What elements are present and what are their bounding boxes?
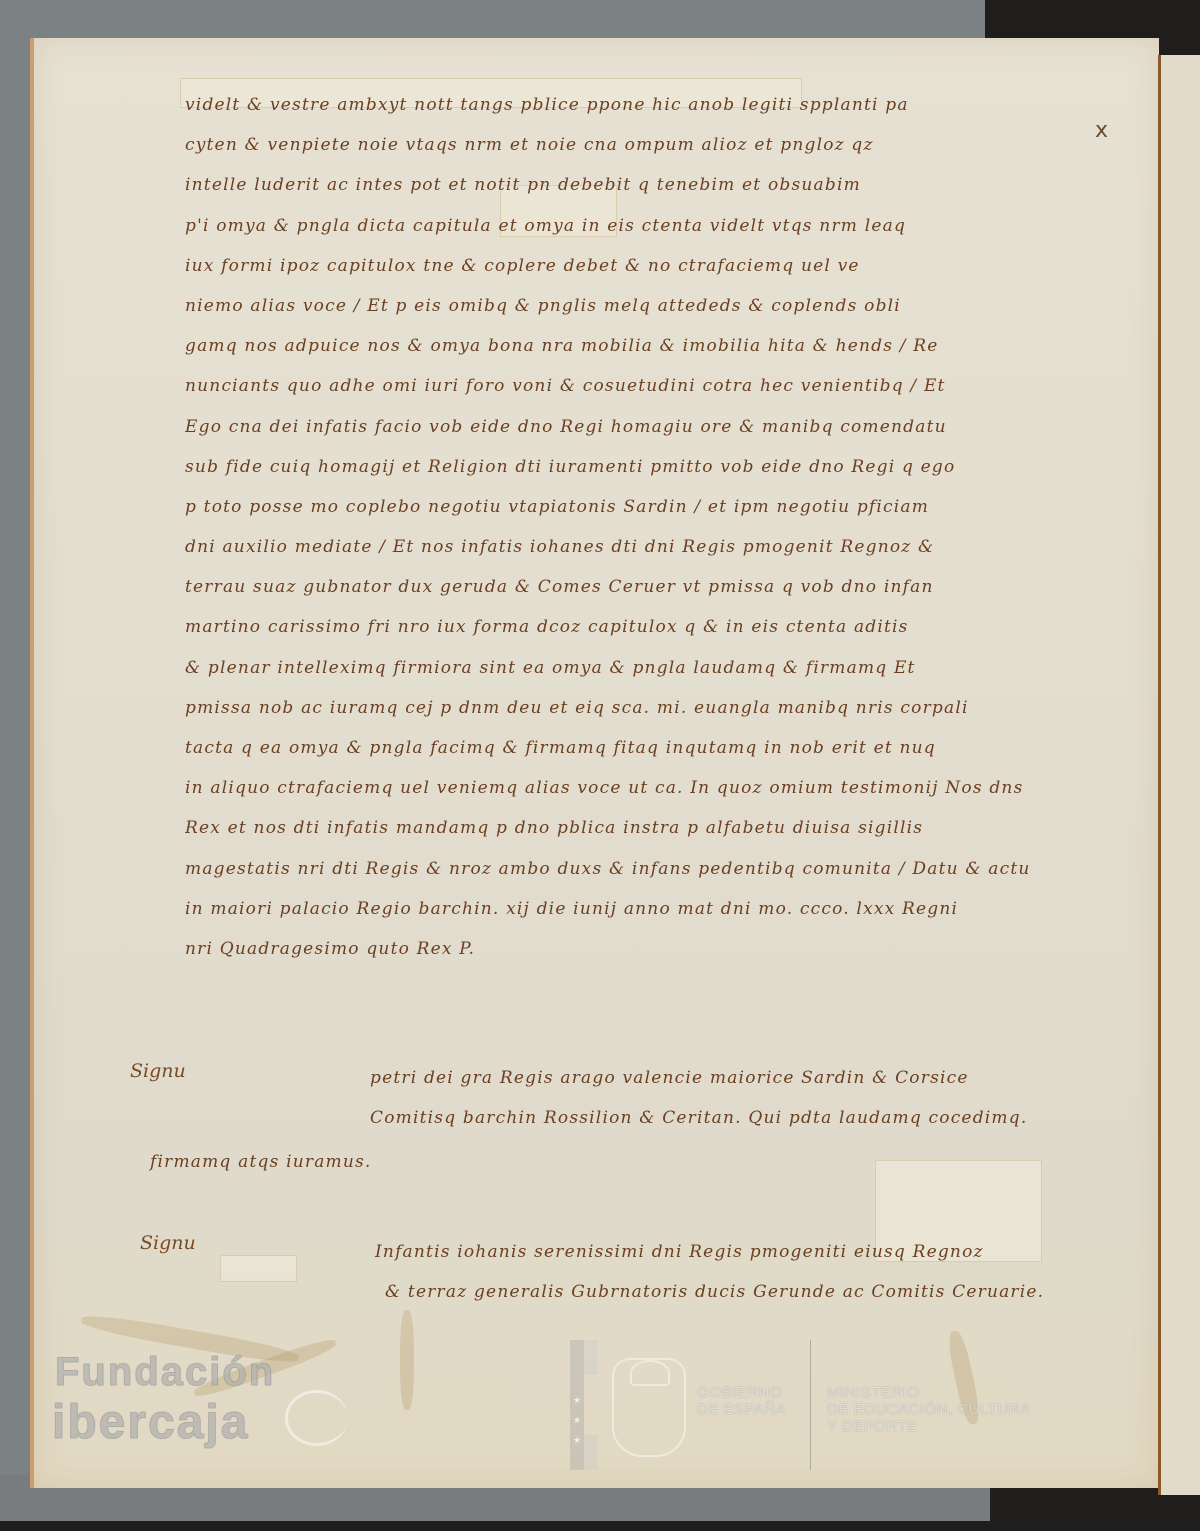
- manuscript-line: videlt & vestre ambxyt nott tangs pblice…: [185, 85, 1135, 125]
- crown-icon: [630, 1360, 670, 1386]
- fundacion-watermark: Fundación: [55, 1350, 275, 1395]
- water-stain: [400, 1310, 414, 1410]
- manuscript-line: Rex et nos dti infatis mandamq p dno pbl…: [185, 808, 1135, 848]
- ibercaja-watermark: ibercaja: [52, 1395, 249, 1450]
- manuscript-line: niemo alias voce / Et p eis omibq & pngl…: [185, 286, 1135, 326]
- manuscript-line: terrau suaz gubnator dux geruda & Comes …: [185, 567, 1135, 607]
- signum-label: Signu: [130, 1060, 186, 1082]
- manuscript-line: dni auxilio mediate / Et nos infatis ioh…: [185, 527, 1135, 567]
- government-line: GOBIERNO: [697, 1384, 786, 1401]
- manuscript-line: & plenar intelleximq firmiora sint ea om…: [185, 648, 1135, 688]
- ministry-line: MINISTERIO: [827, 1384, 1031, 1401]
- watermark-divider: [810, 1340, 811, 1470]
- manuscript-line: magestatis nri dti Regis & nroz ambo dux…: [185, 849, 1135, 889]
- star-icon: ★: [573, 1396, 581, 1406]
- adjacent-page-edge: [1158, 55, 1200, 1495]
- paper-repair-patch: [220, 1255, 297, 1282]
- ibercaja-logo-icon: [285, 1390, 348, 1446]
- government-line: DE ESPAÑA: [697, 1401, 786, 1418]
- ministry-watermark: MINISTERIO DE EDUCACIÓN, CULTURA Y DEPOR…: [827, 1384, 1031, 1435]
- ministry-line: DE EDUCACIÓN, CULTURA: [827, 1401, 1031, 1418]
- manuscript-line: intelle luderit ac intes pot et notit pn…: [185, 165, 1135, 205]
- signum-label: Signu: [140, 1232, 196, 1254]
- signature-line: & terraz generalis Gubrnatoris ducis Ger…: [385, 1282, 1044, 1302]
- signature-line: petri dei gra Regis arago valencie maior…: [370, 1068, 969, 1088]
- manuscript-line: nri Quadragesimo quto Rex P.: [185, 929, 1135, 969]
- ministry-line: Y DEPORTE: [827, 1418, 1031, 1435]
- manuscript-line: pmissa nob ac iuramq cej p dnm deu et ei…: [185, 688, 1135, 728]
- government-flag-bar-icon: [584, 1340, 598, 1375]
- interstitial-line: firmamq atqs iuramus.: [150, 1152, 372, 1172]
- manuscript-body: videlt & vestre ambxyt nott tangs pblice…: [185, 85, 1135, 969]
- signature-line: Infantis iohanis serenissimi dni Regis p…: [375, 1242, 984, 1262]
- manuscript-line: in aliquo ctrafaciemq uel veniemq alias …: [185, 768, 1135, 808]
- government-watermark: GOBIERNO DE ESPAÑA: [697, 1384, 786, 1418]
- star-icon: ★: [573, 1436, 581, 1446]
- manuscript-line: in maiori palacio Regio barchin. xij die…: [185, 889, 1135, 929]
- manuscript-line: tacta q ea omya & pngla facimq & firmamq…: [185, 728, 1135, 768]
- star-icon: ★: [573, 1416, 581, 1426]
- manuscript-line: nunciants quo adhe omi iuri foro voni & …: [185, 366, 1135, 406]
- manuscript-line: martino carissimo fri nro iux forma dcoz…: [185, 607, 1135, 647]
- manuscript-line: p'i omya & pngla dicta capitula et omya …: [185, 206, 1135, 246]
- signature-line: Comitisq barchin Rossilion & Ceritan. Qu…: [370, 1108, 1027, 1128]
- manuscript-line: gamq nos adpuice nos & omya bona nra mob…: [185, 326, 1135, 366]
- government-flag-bar-icon: [584, 1435, 598, 1470]
- manuscript-line: cyten & venpiete noie vtaqs nrm et noie …: [185, 125, 1135, 165]
- manuscript-line: Ego cna dei infatis facio vob eide dno R…: [185, 407, 1135, 447]
- manuscript-line: iux formi ipoz capitulox tne & coplere d…: [185, 246, 1135, 286]
- manuscript-line: p toto posse mo coplebo negotiu vtapiato…: [185, 487, 1135, 527]
- manuscript-line: sub fide cuiq homagij et Religion dti iu…: [185, 447, 1135, 487]
